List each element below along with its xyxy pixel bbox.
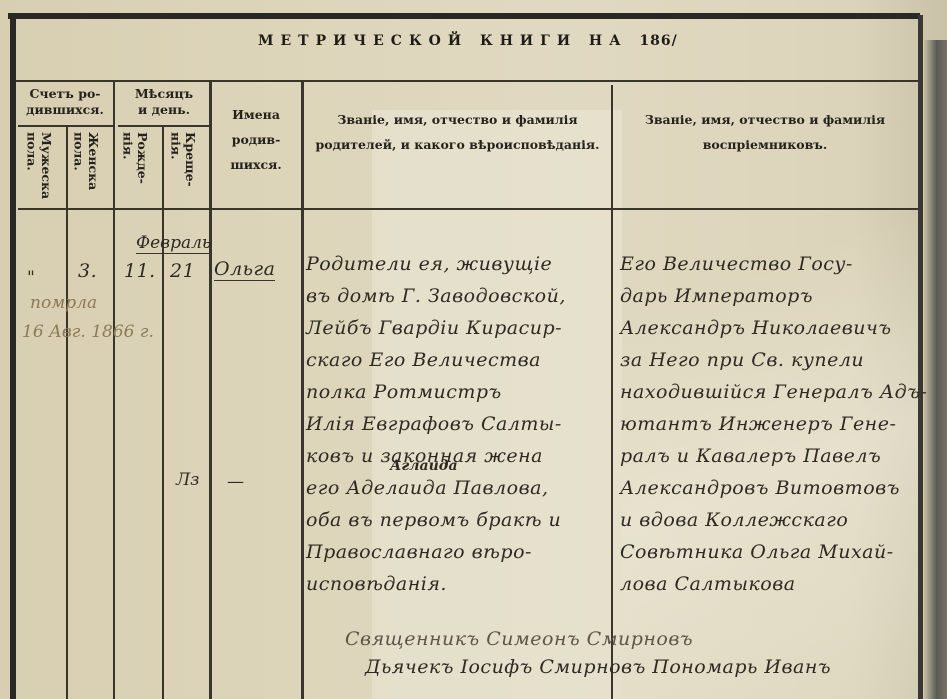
signature-clerks: Дьячекъ Іосифъ Смирновъ Пономарь Иванъ [365, 656, 831, 678]
godparents-line: Александръ Николаевичъ [620, 317, 892, 339]
godparents-line: Совѣтника Ольга Михай- [620, 541, 894, 563]
frame-left-rule [10, 18, 16, 699]
child-name: Ольга [214, 258, 275, 281]
monthday-sub-rule [118, 125, 210, 127]
col-line-2 [113, 80, 115, 699]
header-baptism-date: Креще- нія. [168, 132, 197, 204]
female-count: 3. [78, 260, 97, 282]
parents-insert: Аглаида [390, 458, 458, 474]
godparents-line: ралъ и Кавалеръ Павелъ [620, 445, 881, 467]
header-birth-count: Счетъ ро- дившихся. [16, 86, 114, 117]
godparents-line: находившійся Генералъ Адъ- [620, 381, 927, 403]
godparents-line: за Него при Св. купели [620, 349, 864, 371]
godparents-line: Его Величество Госу- [620, 253, 853, 275]
book-edge [924, 40, 947, 699]
parents-line: его Аделаида Павлова, [306, 477, 549, 499]
margin-note-line1: помрла [30, 293, 97, 313]
header-birth-count-l1: Счетъ ро- [16, 86, 114, 102]
header-month-day: Мѣсяцъ и день. [116, 86, 212, 117]
header-godparents: Званіе, имя, отчество и фамилія воспріем… [614, 107, 916, 157]
header-female: Женска пола. [71, 132, 100, 204]
parents-line: Православнаго вѣро- [306, 541, 532, 563]
parents-line: полка Ротмистръ [306, 381, 502, 403]
page-title: МЕТРИЧЕСКОЙ КНИГИ НА 186/ [258, 33, 678, 49]
header-parents: Званіе, имя, отчество и фамилія родителе… [305, 107, 610, 157]
frame-right-rule [918, 15, 923, 699]
header-godparents-l1: Званіе, имя, отчество и фамилія [614, 107, 916, 132]
header-birth-date: Рожде- нія. [120, 132, 149, 204]
side-dash: — [227, 472, 244, 492]
godparents-line: лова Салтыкова [620, 573, 796, 595]
birth-day: 11. [124, 260, 156, 282]
paper-light-band [372, 110, 622, 699]
col-line-3 [162, 125, 164, 699]
header-top-rule [16, 80, 918, 82]
header-parents-l1: Званіе, имя, отчество и фамилія [305, 107, 610, 132]
signature-priest: Священникъ Симеонъ Смирновъ [345, 628, 693, 650]
month-name: Февраль [136, 233, 211, 254]
male-mark: " [27, 268, 35, 288]
header-bottom-rule [18, 208, 918, 210]
header-names-l2: родив- [212, 127, 300, 152]
col-line-6 [611, 85, 613, 699]
col-line-1 [66, 125, 68, 699]
header-parents-l2: родителей, и какого вѣроисповѣданія. [305, 132, 610, 157]
title-text: МЕТРИЧЕСКОЙ КНИГИ НА [258, 33, 628, 49]
header-godparents-l2: воспріемниковъ. [614, 132, 916, 157]
parents-line: Родители ея, живущіе [306, 253, 552, 275]
header-month-day-l1: Мѣсяцъ [116, 86, 212, 102]
parents-line: Лейбъ Гвардіи Кирасир- [306, 317, 562, 339]
parents-line: въ домѣ Г. Заводовской, [306, 285, 566, 307]
margin-note-line2: 16 Авг. 1866 г. [22, 322, 154, 342]
godparents-line: Александровъ Витовтовъ [620, 477, 900, 499]
baptism-day: 21 [170, 260, 195, 282]
paper-light-band-right [622, 110, 922, 699]
frame-top-rule [8, 13, 920, 19]
godparents-line: дарь Императоръ [620, 285, 813, 307]
parents-line: Илія Евграфовъ Салты- [306, 413, 562, 435]
header-names-l1: Имена [212, 102, 300, 127]
godparents-line: ютантъ Инженеръ Гене- [620, 413, 896, 435]
parents-line: оба въ первомъ бракѣ и [306, 509, 561, 531]
side-mark: Лз [176, 470, 199, 490]
header-names: Имена родив- шихся. [212, 102, 300, 177]
header-names-l3: шихся. [212, 152, 300, 177]
godparents-line: и вдова Коллежскаго [620, 509, 848, 531]
col-line-5 [301, 80, 304, 699]
parents-line: скаго Его Величества [306, 349, 541, 371]
header-month-day-l2: и день. [116, 102, 212, 118]
parents-line: исповѣданія. [306, 573, 447, 595]
header-birth-count-l2: дившихся. [16, 102, 114, 118]
header-male: Мужеска пола. [24, 132, 53, 204]
title-year: 186/ [639, 33, 677, 49]
